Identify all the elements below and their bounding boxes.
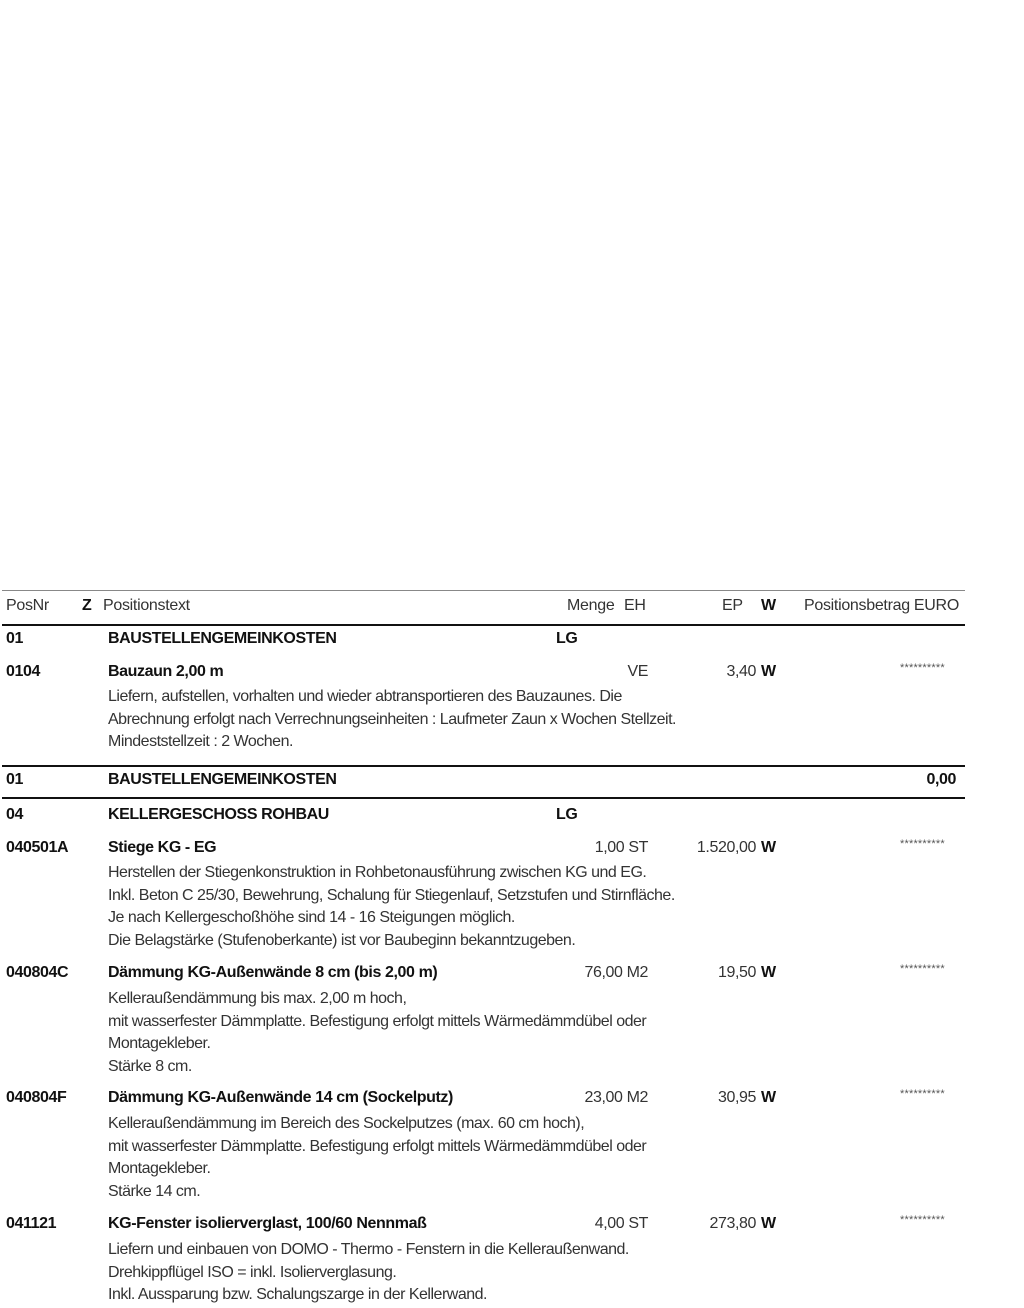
position-eh: ST: [628, 839, 648, 856]
group-title: BAUSTELLENGEMEINKOSTEN: [108, 630, 337, 648]
col-header-positionsbetrag: Positionsbetrag EURO: [804, 597, 959, 615]
position-description: Liefern, aufstellen, vorhalten und wiede…: [108, 686, 676, 754]
header-top-rule: [2, 590, 965, 591]
position-ep: 1.520,00: [660, 839, 756, 857]
subtotal-bottom-rule: [2, 797, 965, 799]
group-tag: LG: [556, 630, 577, 648]
position-eh: M2: [627, 964, 648, 981]
group-nr: 04: [6, 806, 23, 824]
position-betrag: **********: [900, 838, 945, 850]
col-header-z: Z: [82, 597, 91, 615]
position-title: Dämmung KG-Außenwände 14 cm (Sockelputz): [108, 1089, 453, 1107]
group-tag: LG: [556, 806, 577, 824]
position-menge: 23,00: [584, 1089, 622, 1106]
col-header-positionstext: Positionstext: [103, 597, 190, 615]
position-betrag: **********: [900, 1214, 945, 1226]
position-description: Herstellen der Stiegenkonstruktion in Ro…: [108, 862, 675, 952]
subtotal-top-rule: [2, 765, 965, 767]
position-nr: 040804C: [6, 964, 68, 982]
position-betrag: **********: [900, 662, 945, 674]
position-menge: 76,00: [584, 964, 622, 981]
col-header-eh: EH: [624, 597, 646, 615]
position-title: KG-Fenster isolierverglast, 100/60 Nennm…: [108, 1215, 426, 1233]
position-ep: 30,95: [660, 1089, 756, 1107]
group-nr: 01: [6, 630, 23, 648]
group-title: KELLERGESCHOSS ROHBAU: [108, 806, 329, 824]
position-eh: M2: [627, 1089, 648, 1106]
position-description: Kelleraußendämmung im Bereich des Sockel…: [108, 1113, 646, 1203]
position-w: W: [761, 964, 776, 982]
position-betrag: **********: [900, 1088, 945, 1100]
header-bottom-rule: [2, 624, 965, 626]
position-nr: 040804F: [6, 1089, 66, 1107]
position-menge: 4,00: [595, 1215, 625, 1232]
document-page: PosNr Z Positionstext Menge EH EP W Posi…: [0, 0, 1024, 1308]
position-title: Bauzaun 2,00 m: [108, 663, 223, 681]
position-title: Dämmung KG-Außenwände 8 cm (bis 2,00 m): [108, 964, 437, 982]
position-description: Kelleraußendämmung bis max. 2,00 m hoch,…: [108, 988, 646, 1078]
subtotal-amount: 0,00: [860, 771, 956, 789]
position-menge: 1,00: [595, 839, 625, 856]
col-header-w: W: [761, 597, 776, 615]
position-ep: 19,50: [660, 964, 756, 982]
position-nr: 041121: [6, 1215, 56, 1233]
position-betrag: **********: [900, 963, 945, 975]
position-ep: 3,40: [660, 663, 756, 681]
position-nr: 040501A: [6, 839, 68, 857]
position-w: W: [761, 1089, 776, 1107]
position-w: W: [761, 1215, 776, 1233]
subtotal-title: BAUSTELLENGEMEINKOSTEN: [108, 771, 337, 789]
subtotal-nr: 01: [6, 771, 23, 789]
position-eh: ST: [628, 1215, 648, 1232]
position-nr: 0104: [6, 663, 40, 681]
col-header-posnr: PosNr: [6, 597, 49, 615]
col-header-ep: EP: [722, 597, 743, 615]
position-description: Liefern und einbauen von DOMO - Thermo -…: [108, 1239, 629, 1307]
col-header-menge: Menge: [567, 597, 614, 615]
position-ep: 273,80: [660, 1215, 756, 1233]
position-w: W: [761, 839, 776, 857]
position-eh: VE: [627, 663, 648, 680]
position-w: W: [761, 663, 776, 681]
position-title: Stiege KG - EG: [108, 839, 216, 857]
